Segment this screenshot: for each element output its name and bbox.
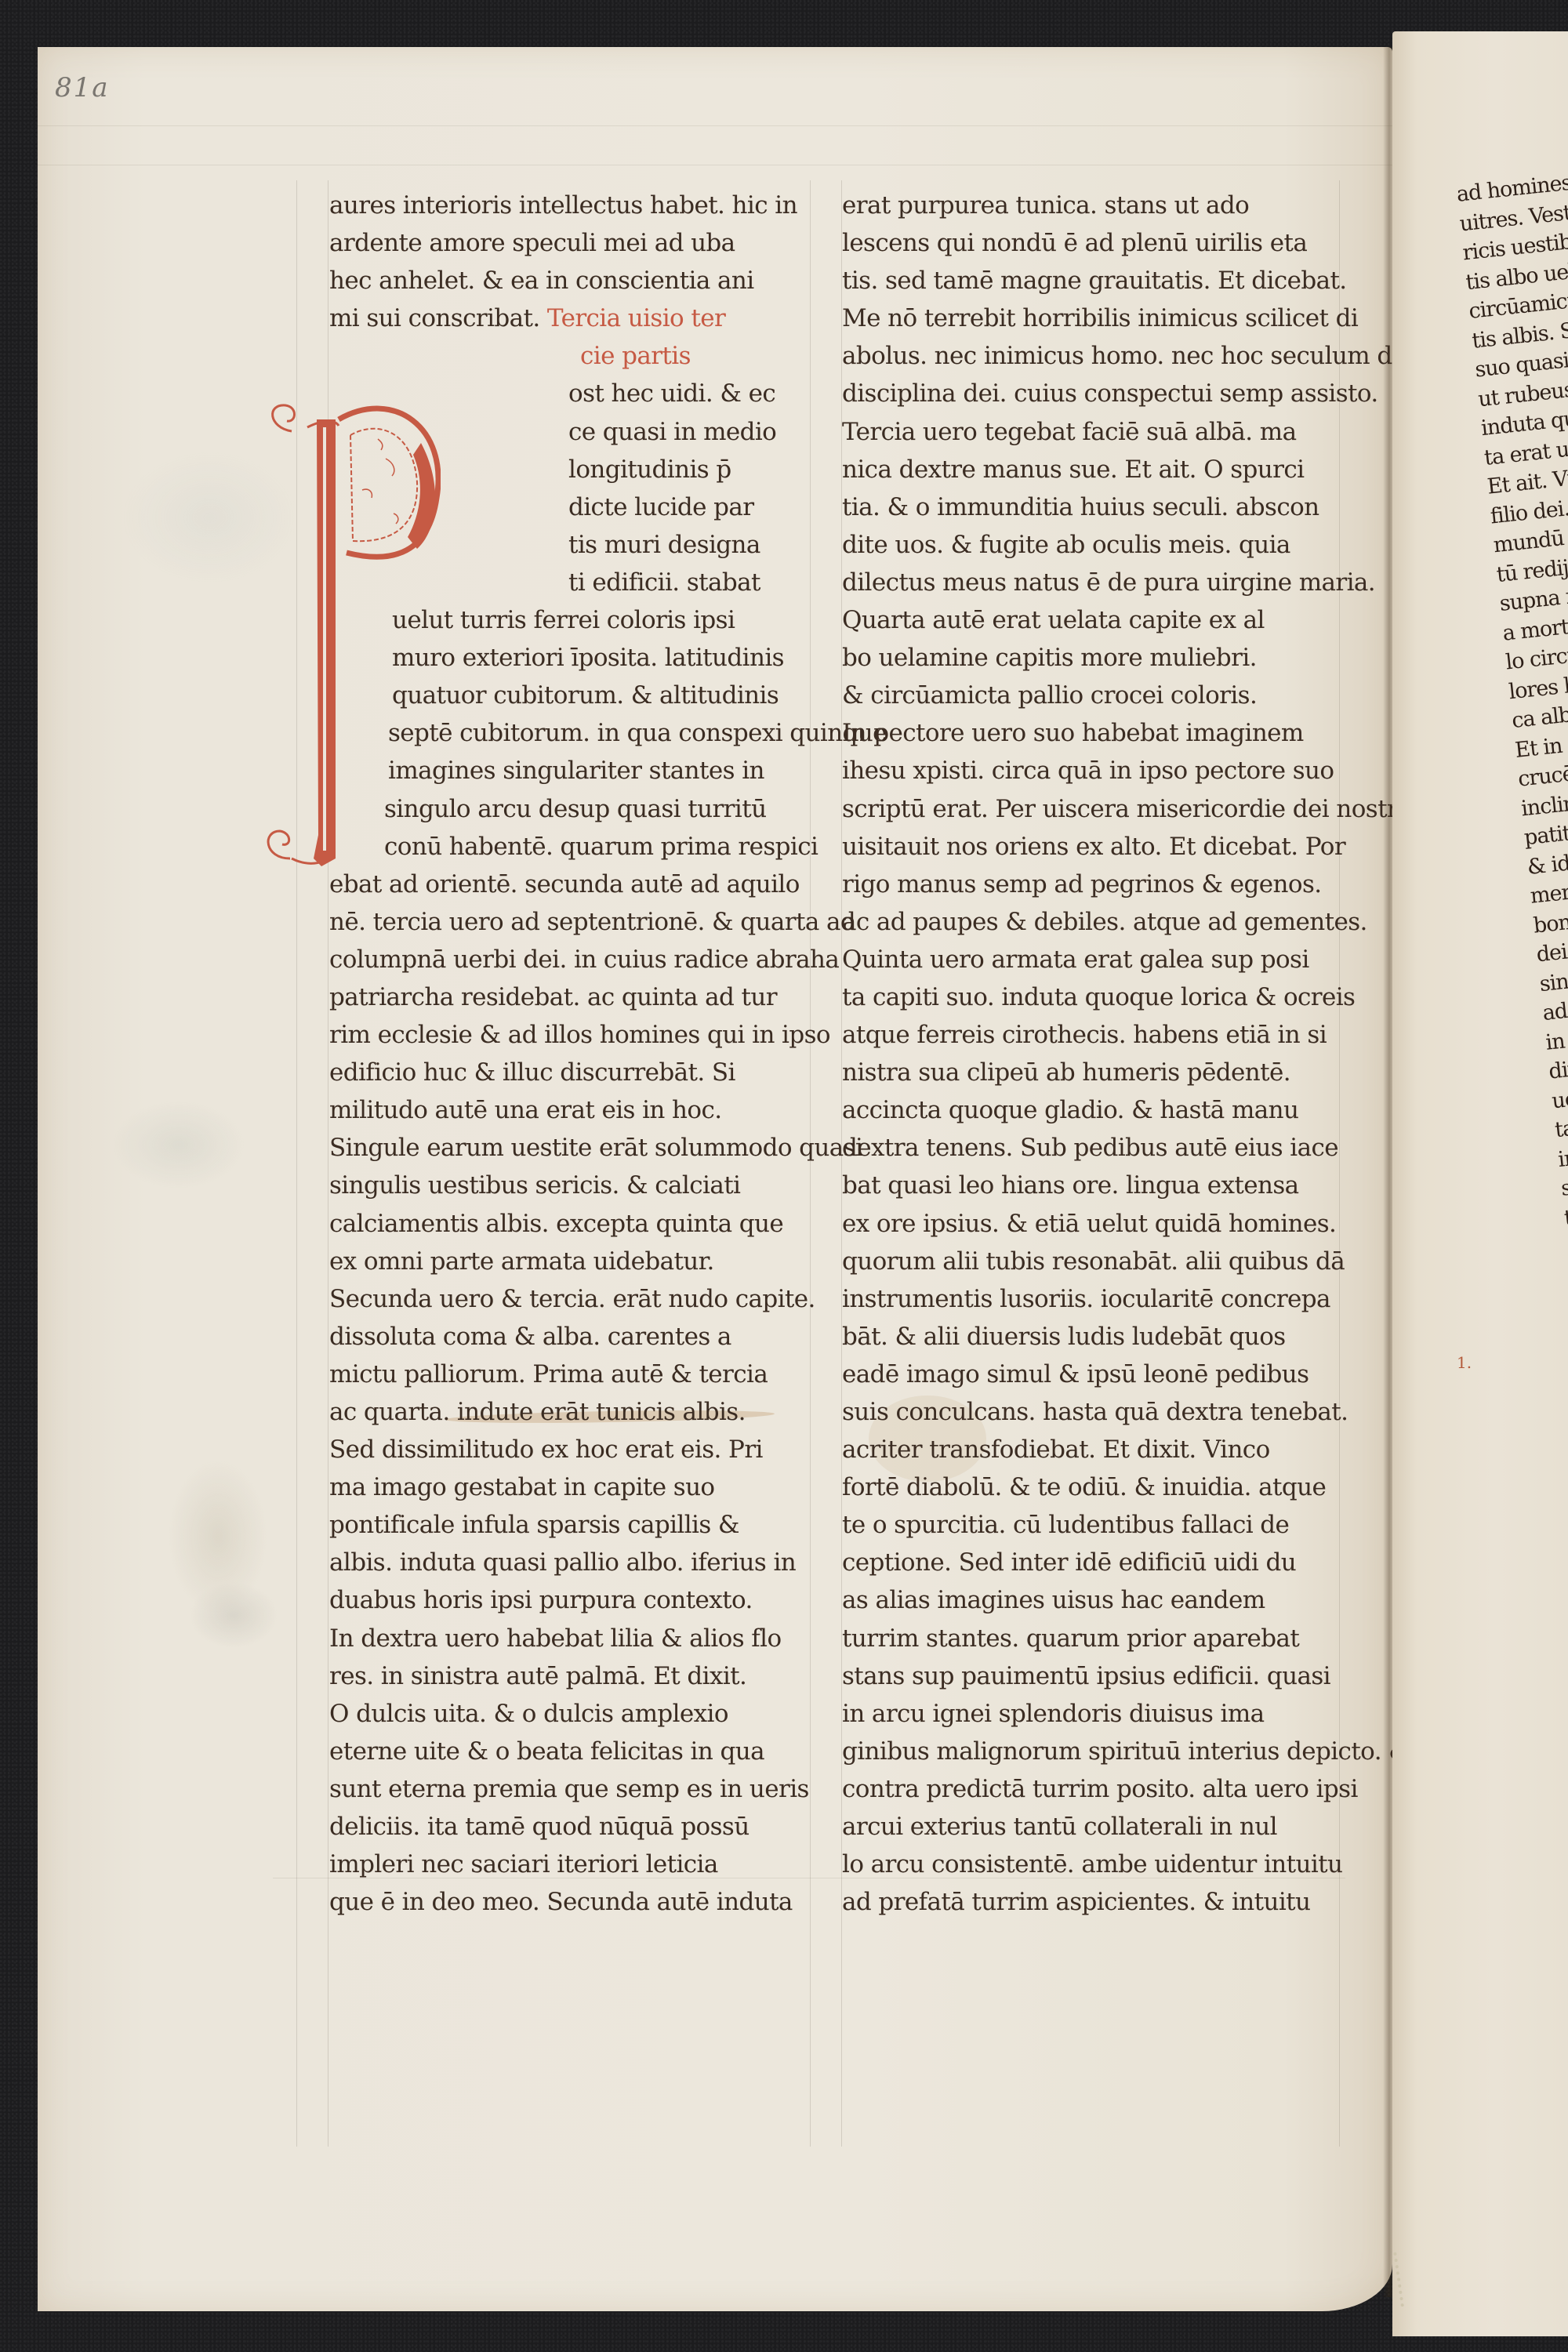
text-line: ebat ad orientē. secunda autē ad aquilo — [329, 866, 815, 903]
text-line: ad prefatā turrim aspicientes. & intuitu — [842, 1883, 1344, 1921]
text-line: dicte lucide par — [329, 488, 815, 526]
text-line: tia. & o immunditia huius seculi. abscon — [842, 488, 1344, 526]
text-line: instrumentis lusoriis. iocularitē concre… — [842, 1280, 1344, 1318]
text-line: contra predictā turrim posito. alta uero… — [842, 1770, 1344, 1808]
text-line: eterne uite & o beata felicitas in qua — [329, 1733, 815, 1770]
text-line: stans sup pauimentū ipsius edificii. qua… — [842, 1657, 1344, 1695]
text-line: eadē imago simul & ipsū leonē pedibus — [842, 1356, 1344, 1393]
text-line: disciplina dei. cuius conspectui semp as… — [842, 375, 1344, 412]
text-line: que ē in deo meo. Secunda autē induta — [329, 1883, 815, 1921]
ruling-line-top-2 — [38, 165, 1392, 165]
text-line: ti edificii. stabat — [329, 564, 815, 601]
text-line: ex omni parte armata uidebatur. — [329, 1243, 815, 1280]
text-line: bat quasi leo hians ore. lingua extensa — [842, 1167, 1344, 1204]
text-line: dite uos. & fugite ab oculis meis. quia — [842, 526, 1344, 564]
text-line: duabus horis ipsi purpura contexto. — [329, 1581, 815, 1619]
text-line: acriter transfodiebat. Et dixit. Vinco — [842, 1431, 1344, 1468]
text-line: Me nō terrebit horribilis inimicus scili… — [842, 299, 1344, 337]
text-line: nistra sua clipeū ab humeris pēdentē. — [842, 1054, 1344, 1091]
text-line: accincta quoque gladio. & hastā manu — [842, 1091, 1344, 1129]
text-line: mictu palliorum. Prima autē & tercia — [329, 1356, 815, 1393]
text-line: singulo arcu desup quasi turritū — [329, 790, 815, 828]
text-line: ginibus malignorum spirituū interius dep… — [842, 1733, 1344, 1770]
ruling-line-top — [38, 125, 1392, 126]
text-line: turrim stantes. quarum prior aparebat — [842, 1620, 1344, 1657]
text-line: bo uelamine capitis more muliebri. — [842, 639, 1344, 677]
text-line: Sed dissimilitudo ex hoc erat eis. Pri — [329, 1431, 815, 1468]
text-line: uelut turris ferrei coloris ipsi — [329, 601, 815, 639]
text-line-with-rubric: mi sui conscribat. Tercia uisio ter — [329, 299, 815, 337]
text-column-left: aures interioris intellectus habet. hic … — [329, 187, 815, 1921]
text-line: rigo manus semp ad pegrinos & egenos. — [842, 866, 1344, 903]
text-line: Quinta uero armata erat galea sup posi — [842, 941, 1344, 978]
text-line: dissoluta coma & alba. carentes a — [329, 1318, 815, 1356]
text-line: ardente amore speculi mei ad uba — [329, 224, 815, 262]
text-line: atque ferreis cirothecis. habens etiā in… — [842, 1016, 1344, 1054]
text-line: ta capiti suo. induta quoque lorica & oc… — [842, 978, 1344, 1016]
text-line: militudo autē una erat eis in hoc. — [329, 1091, 815, 1129]
text-column-right: erat purpurea tunica. stans ut ado lesce… — [842, 187, 1344, 1921]
text-line: dextra tenens. Sub pedibus autē eius iac… — [842, 1129, 1344, 1167]
text-line: tis. sed tamē magne grauitatis. Et diceb… — [842, 262, 1344, 299]
text-line: In pectore uero suo habebat imaginem — [842, 714, 1344, 752]
text-line: erat purpurea tunica. stans ut ado — [842, 187, 1344, 224]
text-line: aures interioris intellectus habet. hic … — [329, 187, 815, 224]
text-line: lescens qui nondū ē ad plenū uirilis eta — [842, 224, 1344, 262]
text-line: abolus. nec inimicus homo. nec hoc secul… — [842, 337, 1344, 375]
text-line: Singule earum uestite erāt solummodo qua… — [329, 1129, 815, 1167]
text-line: & circūamicta pallio crocei coloris. — [842, 677, 1344, 714]
folio-number: 81a — [55, 72, 110, 103]
text-line: Tercia uero tegebat faciē suā albā. ma — [842, 413, 1344, 451]
text-line: In dextra uero habebat lilia & alios flo — [329, 1620, 815, 1657]
text-line: res. in sinistra autē palmā. Et dixit. — [329, 1657, 815, 1695]
text-line: ihesu xpisti. circa quā in ipso pectore … — [842, 752, 1344, 789]
text-line: nica dextre manus sue. Et ait. O spurci — [842, 451, 1344, 488]
text-line: impleri nec saciari iteriori leticia — [329, 1846, 815, 1883]
text-line: pontificale infula sparsis capillis & — [329, 1506, 815, 1544]
text-line: ost hec uidi. & ec — [329, 375, 815, 412]
text-line: quorum alii tubis resonabāt. alii quibus… — [842, 1243, 1344, 1280]
text-line: O dulcis uita. & o dulcis amplexio — [329, 1695, 815, 1733]
text-line: patriarcha residebat. ac quinta ad tur — [329, 978, 815, 1016]
text-line: ac quarta. indute erāt tunicis albis. — [329, 1393, 815, 1431]
text-line: rim ecclesie & ad illos homines qui in i… — [329, 1016, 815, 1054]
text-line: bāt. & alii diuersis ludis ludebāt quos — [842, 1318, 1344, 1356]
text-line: septē cubitorum. in qua conspexi quinque — [329, 714, 815, 752]
text-line: columpnā uerbi dei. in cuius radice abra… — [329, 941, 815, 978]
text-line: tis muri designa — [329, 526, 815, 564]
text-line: Secunda uero & tercia. erāt nudo capite. — [329, 1280, 815, 1318]
text-line: Quarta autē erat uelata capite ex al — [842, 601, 1344, 639]
rubric-heading: Tercia uisio ter — [547, 304, 725, 332]
text-line: ex ore ipsius. & etiā uelut quidā homine… — [842, 1205, 1344, 1243]
text-line: ce quasi in medio — [329, 413, 815, 451]
rubric-heading-continued: cie partis — [329, 337, 815, 375]
text-line: uisitauit nos oriens ex alto. Et dicebat… — [842, 828, 1344, 866]
text-line: fortē diabolū. & te odiū. & inuidia. atq… — [842, 1468, 1344, 1506]
text-line: deliciis. ita tamē quod nūquā possū — [329, 1808, 815, 1846]
text-line: lo arcu consistentē. ambe uidentur intui… — [842, 1846, 1344, 1883]
text-line: sunt eterna premia que semp es in ueris — [329, 1770, 815, 1808]
facing-page-text: ad homines ide edi uitres. Vestite autē … — [1455, 154, 1568, 1526]
text-line: conū habentē. quarum prima respici — [329, 828, 815, 866]
text-line: ma imago gestabat in capite suo — [329, 1468, 815, 1506]
text-line: longitudinis p̄ — [329, 451, 815, 488]
text-line: calciamentis albis. excepta quinta que — [329, 1205, 815, 1243]
text-line: imagines singulariter stantes in — [329, 752, 815, 789]
text-line: dilectus meus natus ē de pura uirgine ma… — [842, 564, 1344, 601]
text-line: suis conculcans. hasta quā dextra teneba… — [842, 1393, 1344, 1431]
text-line: singulis uestibus sericis. & calciati — [329, 1167, 815, 1204]
text-line: ac ad paupes & debiles. atque ad gemente… — [842, 903, 1344, 941]
text-line: as alias imagines uisus hac eandem — [842, 1581, 1344, 1619]
text-line: quatuor cubitorum. & altitudinis — [329, 677, 815, 714]
text-line: edificio huc & illuc discurrebāt. Si — [329, 1054, 815, 1091]
text-line: albis. induta quasi pallio albo. iferius… — [329, 1544, 815, 1581]
text-line: in arcu ignei splendoris diuisus ima — [842, 1695, 1344, 1733]
facing-page: 1. ad homines ide edi uitres. Vestite au… — [1392, 31, 1568, 2336]
text-line: arcui exterius tantū collaterali in nul — [842, 1808, 1344, 1846]
text-line: muro exteriori īposita. latitudinis — [329, 639, 815, 677]
text-line: te o spurcitia. cū ludentibus fallaci de — [842, 1506, 1344, 1544]
text-line: ceptione. Sed inter idē edificiū uidi du — [842, 1544, 1344, 1581]
marginal-number: 1. — [1457, 1353, 1472, 1372]
text-line: mi sui conscribat. — [329, 304, 540, 332]
text-line: nē. tercia uero ad septentrionē. & quart… — [329, 903, 815, 941]
text-line: scriptū erat. Per uiscera misericordie d… — [842, 790, 1344, 828]
text-line: hec anhelet. & ea in conscientia ani — [329, 262, 815, 299]
